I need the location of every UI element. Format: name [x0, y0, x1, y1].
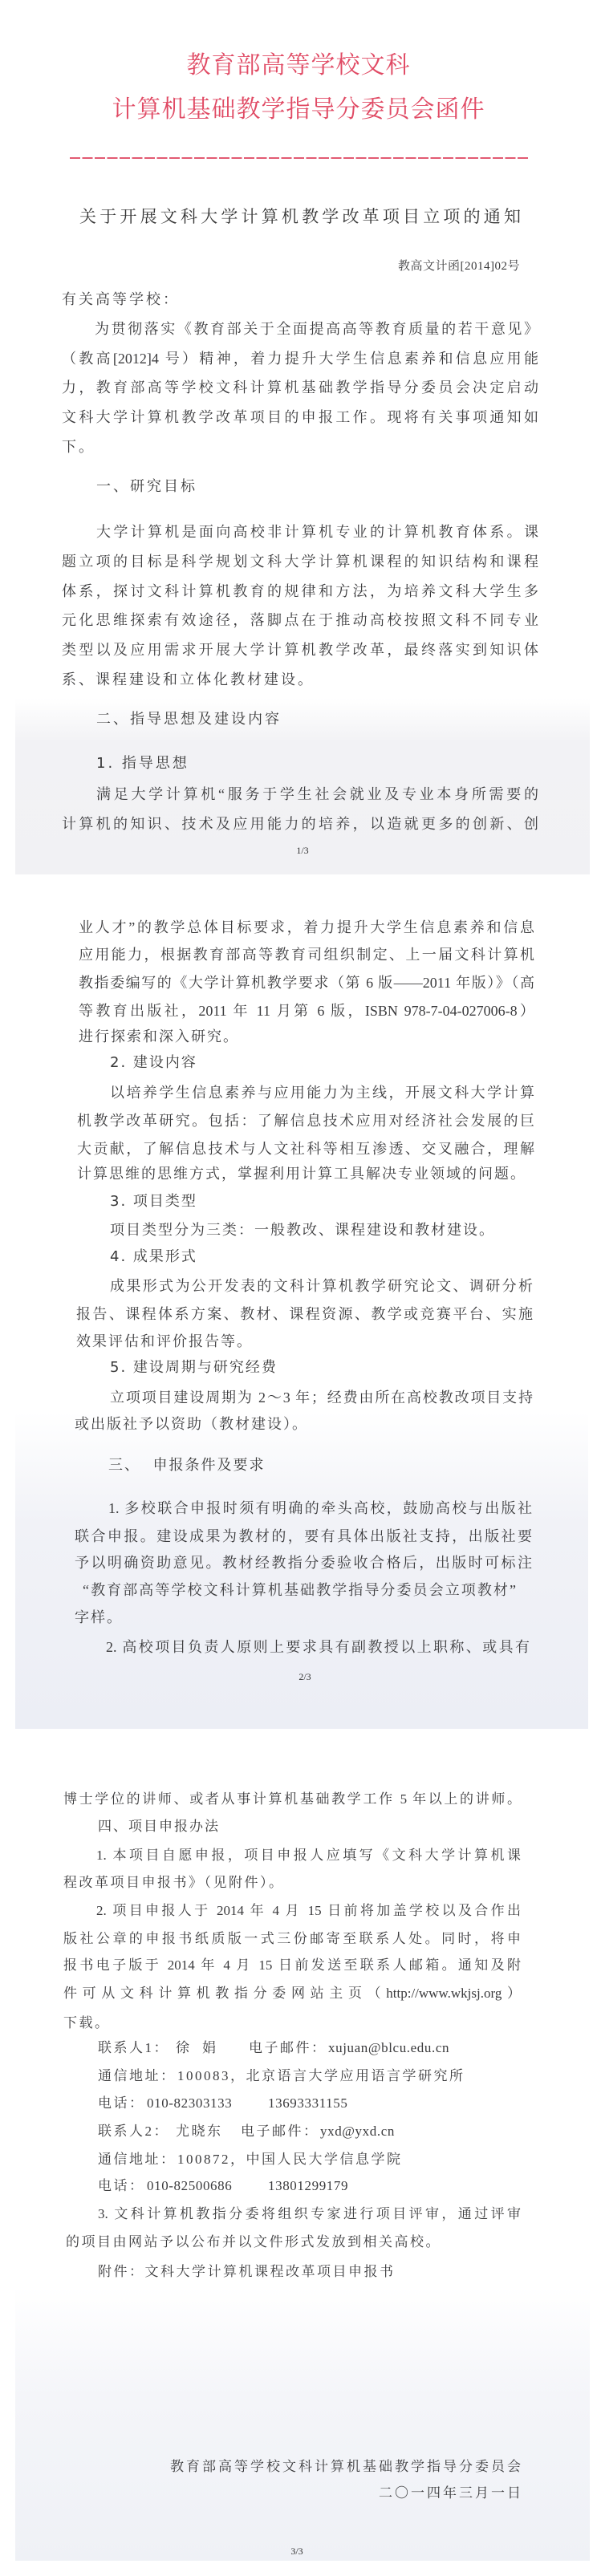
contact-label: 联系人2： [98, 2122, 169, 2141]
letterhead-red-divider [70, 157, 529, 159]
salutation: 有关高等学校： [62, 290, 180, 309]
text-line: 题立项的目标是科学规划文科大学计算机课程的知识结构和课程 [62, 552, 538, 571]
letterhead-line-2: 计算机基础教学指导分委员会函件 [0, 95, 597, 124]
address-label: 通信地址： [98, 2150, 177, 2169]
contact-email: yxd@yxd.cn [320, 2122, 395, 2141]
text-line: 博士学位的讲师、或者从事计算机基础教学工作 5 年以上的讲师。 [63, 1790, 521, 1809]
notice-title: 关于开展文科大学计算机教学改革项目立项的通知 [79, 206, 521, 227]
contact-address: 100872，中国人民大学信息学院 [177, 2150, 403, 2169]
text-line: 等教育出版社，2011 年 11 月第 6 版，ISBN 978-7-04-02… [79, 1001, 534, 1020]
page-number: 3/3 [290, 2545, 303, 2558]
text-line: 2. 项目申报人于 2014 年 4 月 15 日前将加盖学校以及合作出 [96, 1901, 521, 1921]
contact-phone: 010-82303133 [147, 2094, 232, 2113]
contact-name: 徐 娟 [176, 2038, 218, 2058]
letterhead-line-1: 教育部高等学校文科 [0, 51, 597, 80]
text-line: 或出版社予以资助（教材建设）。 [75, 1414, 308, 1434]
text-line: 版社公章的申报书纸质版一式三份邮寄至联系人处。同时，将申 [63, 1929, 521, 1949]
text-line: 项目类型分为三类：一般教改、课程建设和教材建设。 [110, 1220, 495, 1239]
text-line: 报告、课程体系方案、教材、课程资源、教学或竞赛平台、实施 [76, 1304, 533, 1324]
text-line: 字样。 [75, 1608, 123, 1627]
text-line: 件可从文科计算机教指分委网站主页（http://www.wkjsj.org） [63, 1984, 521, 2003]
text-line: 计算机的知识、技术及应用能力的培养，以造就更多的创新、创 [62, 814, 538, 834]
text-line: 为贯彻落实《教育部关于全面提高高等教育质量的若干意见》 [95, 319, 538, 339]
text-line: 以培养学生信息素养与应用能力为主线，开展文科大学计算 [110, 1083, 534, 1102]
subheading-construction-content: 2. 建设内容 [110, 1053, 197, 1073]
page-3-scan-shading [15, 2286, 590, 2561]
text-line: （教高[2012]4 号）精神，着力提升大学生信息素养和信息应用能 [62, 349, 538, 368]
text-line: 系、课程建设和立体化教材建设。 [62, 670, 315, 689]
page-number: 1/3 [296, 844, 308, 857]
text-line: 1. 本项目自愿申报，项目申报人应填写《文科大学计算机课 [96, 1846, 521, 1865]
contact-label: 联系人1： [98, 2038, 169, 2058]
text-line: 大贡献，了解信息技术与人文社科等相互渗透、交叉融合，理解 [77, 1139, 534, 1158]
text-line: 程改革项目申报书》（见附件）。 [63, 1873, 285, 1892]
text-line: 的项目由网站予以公布并以文件形式发放到相关高校。 [66, 2233, 441, 2252]
section-heading-application-method: 四、项目申报办法 [98, 1817, 220, 1836]
text-line: 文科大学计算机教学改革项目的申报工作。现将有关事项通知如 [62, 408, 538, 427]
text-line: 下载。 [63, 2014, 111, 2033]
text-line: 机教学改革研究。包括：了解信息技术应用对经济社会发展的巨 [77, 1111, 534, 1130]
text-line: 报书电子版于 2014 年 4 月 15 日前发送至联系人邮箱。通知及附 [63, 1956, 521, 1975]
text-line: 满足大学计算机“服务于学生社会就业及专业本身所需要的 [96, 785, 538, 804]
contact-email: xujuan@blcu.edu.cn [328, 2038, 449, 2058]
signature-date: 二〇一四年三月一日 [379, 2484, 523, 2503]
text-line: 下。 [62, 437, 95, 456]
section-heading-guiding-principles: 二、指导思想及建设内容 [96, 710, 282, 729]
text-line: 教指委编写的《大学计算机教学要求（第 6 版——2011 年版）》（高 [79, 973, 534, 992]
text-line: 2. 高校项目负责人原则上要求具有副教授以上职称、或具有 [106, 1637, 530, 1657]
text-line: “教育部高等学校文科计算机基础教学指导分委员会立项教材” [83, 1580, 516, 1600]
text-line: 计算思维的思维方式，掌握利用计算工具解决专业领域的问题。 [77, 1164, 526, 1183]
text-line: 进行探索和深入研究。 [79, 1027, 239, 1046]
attachment-note: 附件：文科大学计算机课程改革项目申报书 [98, 2262, 396, 2282]
subheading-project-types: 3. 项目类型 [110, 1192, 197, 1211]
document-number: 教高文计函[2014]02号 [398, 258, 520, 274]
contact-phone: 010-82500686 [147, 2176, 232, 2196]
signature-organization: 教育部高等学校文科计算机基础教学指导分委员会 [170, 2457, 523, 2477]
text-line: 成果形式为公开发表的文科计算机教学研究论文、调研分析 [110, 1276, 533, 1296]
text-line: 大学计算机是面向高校非计算机专业的计算机教育体系。课 [96, 522, 538, 542]
subheading-guiding-ideas: 1. 指导思想 [96, 754, 189, 773]
contact-name: 尤晓东 [176, 2122, 223, 2141]
subheading-deliverables: 4. 成果形式 [110, 1247, 197, 1267]
phone-label: 电话： [98, 2094, 145, 2113]
section-heading-application-requirements: 三、 申报条件及要求 [108, 1456, 265, 1475]
subheading-period-and-funding: 5. 建设周期与研究经费 [110, 1358, 278, 1377]
text-line: 业人才”的教学总体目标要求，着力提升大学生信息素养和信息 [79, 918, 534, 937]
address-label: 通信地址： [98, 2067, 177, 2086]
text-line: 效果评估和评价报告等。 [76, 1332, 253, 1351]
contact-mobile: 13693331155 [268, 2094, 347, 2113]
text-line: 立项项目建设周期为 2～3 年；经费由所在高校教改项目支持 [110, 1388, 533, 1407]
text-line: 1. 多校联合申报时须有明确的牵头高校，鼓励高校与出版社 [108, 1499, 532, 1518]
email-label: 电子邮件： [241, 2122, 319, 2141]
text-line: 力，教育部高等学校文科计算机基础教学指导分委员会决定启动 [62, 378, 538, 397]
section-heading-research-goals: 一、研究目标 [96, 477, 197, 497]
text-line: 3. 文科计算机教指分委将组织专家进行项目评审，通过评审 [98, 2205, 521, 2224]
text-line: 应用能力，根据教育部高等教育司组织制定、上一届文科计算机 [79, 945, 534, 964]
text-line: 予以明确资助意见。教材经教指分委验收合格后，出版时可标注 [75, 1553, 532, 1572]
text-line: 联合申报。建设成果为教材的，要有具体出版社支持，出版社要 [75, 1527, 532, 1546]
text-line: 体系，探讨文科计算机教育的规律和方法，为培养文科大学生多 [62, 582, 538, 601]
contact-address: 100083，北京语言大学应用语言学研究所 [177, 2067, 465, 2086]
phone-label: 电话： [98, 2176, 145, 2196]
page-number: 2/3 [298, 1670, 311, 1683]
email-label: 电子邮件： [249, 2038, 327, 2058]
text-line: 元化思维探索有效途径，落脚点在于推动高校按照文科不同专业 [62, 611, 538, 630]
text-line: 类型以及应用需求开展大学计算机教学改革，最终落实到知识体 [62, 640, 538, 659]
contact-mobile: 13801299179 [268, 2176, 348, 2196]
